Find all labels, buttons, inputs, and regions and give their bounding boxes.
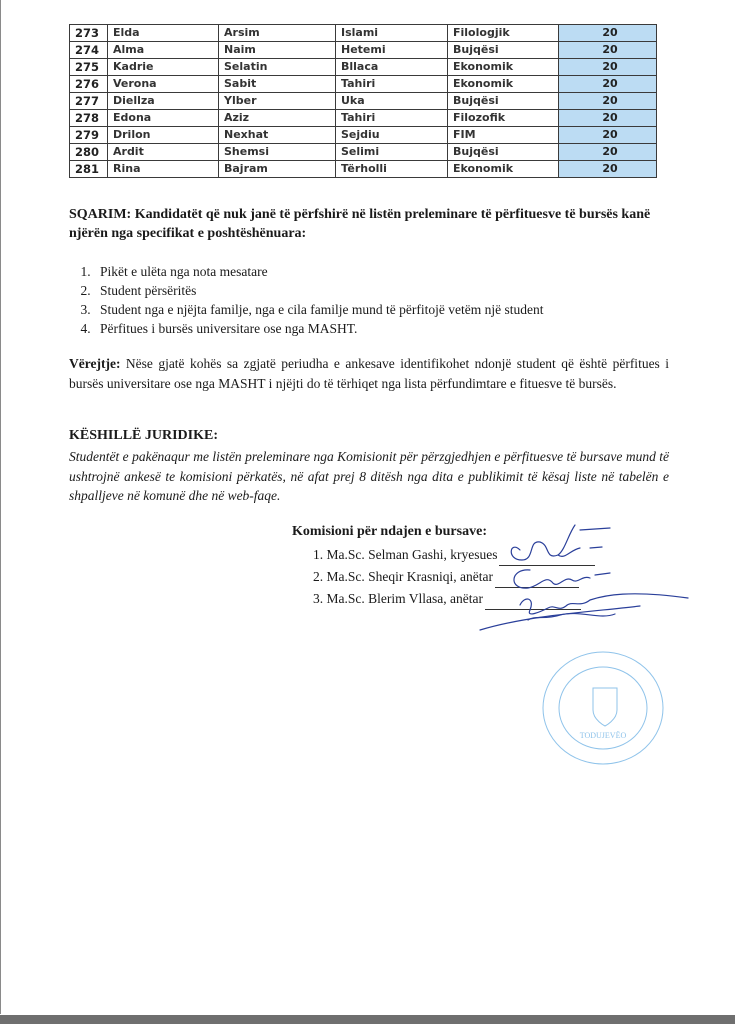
- faculty: Bujqësi: [448, 93, 559, 110]
- first-name: Elda: [108, 25, 219, 42]
- page-edge: [0, 0, 1, 1014]
- page-bottom-edge: [0, 1015, 735, 1024]
- criteria-item: Pikët e ulëta nga nota mesatare: [94, 262, 654, 281]
- parent-name: Nexhat: [219, 127, 336, 144]
- last-name: Hetemi: [336, 42, 448, 59]
- parent-name: Arsim: [219, 25, 336, 42]
- stamp-text: TODUJEVËO: [580, 731, 627, 740]
- faculty: Ekonomik: [448, 59, 559, 76]
- first-name: Diellza: [108, 93, 219, 110]
- points: 20: [559, 110, 657, 127]
- criteria-item: Përfitues i bursës universitare ose nga …: [94, 319, 654, 338]
- points: 20: [559, 127, 657, 144]
- first-name: Ardit: [108, 144, 219, 161]
- table-row: 280 Ardit Shemsi Selimi Bujqësi 20: [70, 144, 657, 161]
- points: 20: [559, 93, 657, 110]
- parent-name: Sabit: [219, 76, 336, 93]
- criteria-list: Pikët e ulëta nga nota mesatare Student …: [70, 262, 654, 338]
- commission-members: 1. Ma.Sc. Selman Gashi, kryesues 2. Ma.S…: [313, 544, 595, 610]
- table-row: 276 Verona Sabit Tahiri Ekonomik 20: [70, 76, 657, 93]
- signature-line: [485, 595, 581, 610]
- faculty: Ekonomik: [448, 76, 559, 93]
- first-name: Rina: [108, 161, 219, 178]
- member-name: 2. Ma.Sc. Sheqir Krasniqi, anëtar: [313, 566, 493, 588]
- table-row: 273 Elda Arsim Islami Filologjik 20: [70, 25, 657, 42]
- points: 20: [559, 161, 657, 178]
- faculty: FIM: [448, 127, 559, 144]
- last-name: Islami: [336, 25, 448, 42]
- commission-member: 3. Ma.Sc. Blerim Vllasa, anëtar: [313, 588, 595, 610]
- commission-member: 2. Ma.Sc. Sheqir Krasniqi, anëtar: [313, 566, 595, 588]
- faculty: Filozofik: [448, 110, 559, 127]
- verejtje-text: Nëse gjatë kohës sa zgjatë periudha e an…: [69, 356, 669, 391]
- official-stamp-icon: TODUJEVËO: [525, 640, 675, 770]
- points: 20: [559, 42, 657, 59]
- first-name: Kadrie: [108, 59, 219, 76]
- faculty: Bujqësi: [448, 144, 559, 161]
- member-name: 1. Ma.Sc. Selman Gashi, kryesues: [313, 544, 497, 566]
- commission-heading: Komisioni për ndajen e bursave:: [292, 524, 487, 540]
- parent-name: Aziz: [219, 110, 336, 127]
- verejtje-note: Vërejtje: Nëse gjatë kohës sa zgjatë per…: [69, 354, 669, 393]
- row-number: 281: [70, 161, 108, 178]
- table-row: 278 Edona Aziz Tahiri Filozofik 20: [70, 110, 657, 127]
- parent-name: Ylber: [219, 93, 336, 110]
- row-number: 277: [70, 93, 108, 110]
- table-row: 274 Alma Naim Hetemi Bujqësi 20: [70, 42, 657, 59]
- points: 20: [559, 76, 657, 93]
- table-row: 279 Drilon Nexhat Sejdiu FIM 20: [70, 127, 657, 144]
- scholarship-table: 273 Elda Arsim Islami Filologjik 20 274 …: [69, 24, 657, 178]
- last-name: Bllaca: [336, 59, 448, 76]
- last-name: Tërholli: [336, 161, 448, 178]
- faculty: Filologjik: [448, 25, 559, 42]
- faculty: Ekonomik: [448, 161, 559, 178]
- row-number: 274: [70, 42, 108, 59]
- row-number: 279: [70, 127, 108, 144]
- signature-line: [499, 551, 595, 566]
- first-name: Alma: [108, 42, 219, 59]
- first-name: Edona: [108, 110, 219, 127]
- commission-member: 1. Ma.Sc. Selman Gashi, kryesues: [313, 544, 595, 566]
- parent-name: Bajram: [219, 161, 336, 178]
- parent-name: Shemsi: [219, 144, 336, 161]
- faculty: Bujqësi: [448, 42, 559, 59]
- points: 20: [559, 144, 657, 161]
- table-row: 277 Diellza Ylber Uka Bujqësi 20: [70, 93, 657, 110]
- parent-name: Naim: [219, 42, 336, 59]
- criteria-item: Student nga e njëjta familje, nga e cila…: [94, 300, 654, 319]
- criteria-item: Student përsëritës: [94, 281, 654, 300]
- first-name: Drilon: [108, 127, 219, 144]
- row-number: 280: [70, 144, 108, 161]
- row-number: 275: [70, 59, 108, 76]
- table-row: 281 Rina Bajram Tërholli Ekonomik 20: [70, 161, 657, 178]
- row-number: 273: [70, 25, 108, 42]
- verejtje-label: Vërejtje:: [69, 356, 120, 371]
- points: 20: [559, 25, 657, 42]
- table-row: 275 Kadrie Selatin Bllaca Ekonomik 20: [70, 59, 657, 76]
- signature-line: [495, 573, 579, 588]
- parent-name: Selatin: [219, 59, 336, 76]
- sqarim-note: SQARIM: Kandidatët që nuk janë të përfsh…: [69, 205, 669, 243]
- legal-advice-text: Studentët e pakënaqur me listën prelemin…: [69, 447, 669, 506]
- last-name: Tahiri: [336, 110, 448, 127]
- last-name: Sejdiu: [336, 127, 448, 144]
- row-number: 276: [70, 76, 108, 93]
- row-number: 278: [70, 110, 108, 127]
- last-name: Selimi: [336, 144, 448, 161]
- last-name: Tahiri: [336, 76, 448, 93]
- first-name: Verona: [108, 76, 219, 93]
- points: 20: [559, 59, 657, 76]
- member-name: 3. Ma.Sc. Blerim Vllasa, anëtar: [313, 588, 483, 610]
- last-name: Uka: [336, 93, 448, 110]
- legal-advice-heading: KËSHILLË JURIDIKE:: [69, 428, 218, 444]
